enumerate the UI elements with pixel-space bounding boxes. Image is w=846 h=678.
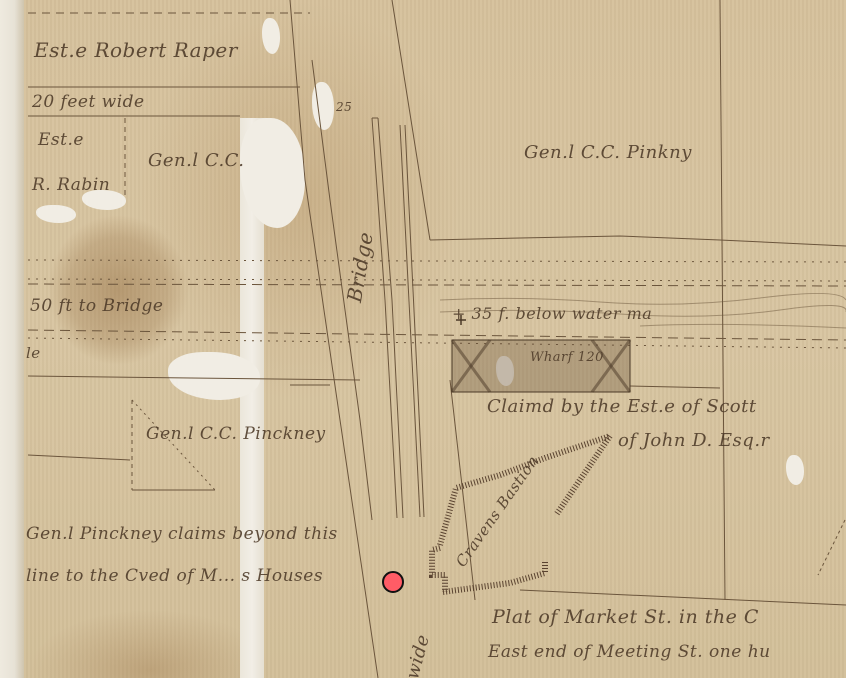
- label-35ft-low-water: + 35 f. below water ma: [452, 304, 652, 323]
- label-plat-line2: East end of Meeting St. one hu: [488, 642, 771, 662]
- label-pinckney-claims-line1: Gen.l Pinckney claims beyond this: [26, 524, 338, 544]
- label-gen-cc-pinckney-upper: Gen.l C.C. Pinkny: [524, 142, 692, 163]
- label-fifty-ft-to-bridge: 50 ft to Bridge: [30, 296, 163, 316]
- label-estate-left: Est.e: [38, 130, 84, 150]
- label-rabin: R. Rabin: [32, 175, 110, 195]
- label-pinckney-claims-line2: line to the Cved of M... s Houses: [26, 566, 323, 586]
- label-plat-line1: Plat of Market St. in the C: [492, 606, 759, 628]
- wharf-building: [452, 340, 630, 392]
- label-left-edge-fragment: le: [26, 344, 41, 362]
- label-wharf-caption: Wharf 120: [530, 350, 604, 365]
- label-twenty-feet-wide: 20 feet wide: [32, 92, 145, 112]
- label-number-25: 25: [336, 100, 352, 114]
- label-estate-robert-raper: Est.e Robert Raper: [34, 38, 238, 62]
- label-claimed-by-scott: Claimd by the Est.e of Scott: [487, 396, 757, 417]
- label-john-esq: of John D. Esq.r: [618, 430, 770, 451]
- label-gen-cc-pinckney-lower: Gen.l C.C. Pinckney: [146, 424, 326, 444]
- label-gen-cc-upper-left: Gen.l C.C.: [148, 150, 245, 171]
- annotation-marker-dot[interactable]: [382, 571, 404, 593]
